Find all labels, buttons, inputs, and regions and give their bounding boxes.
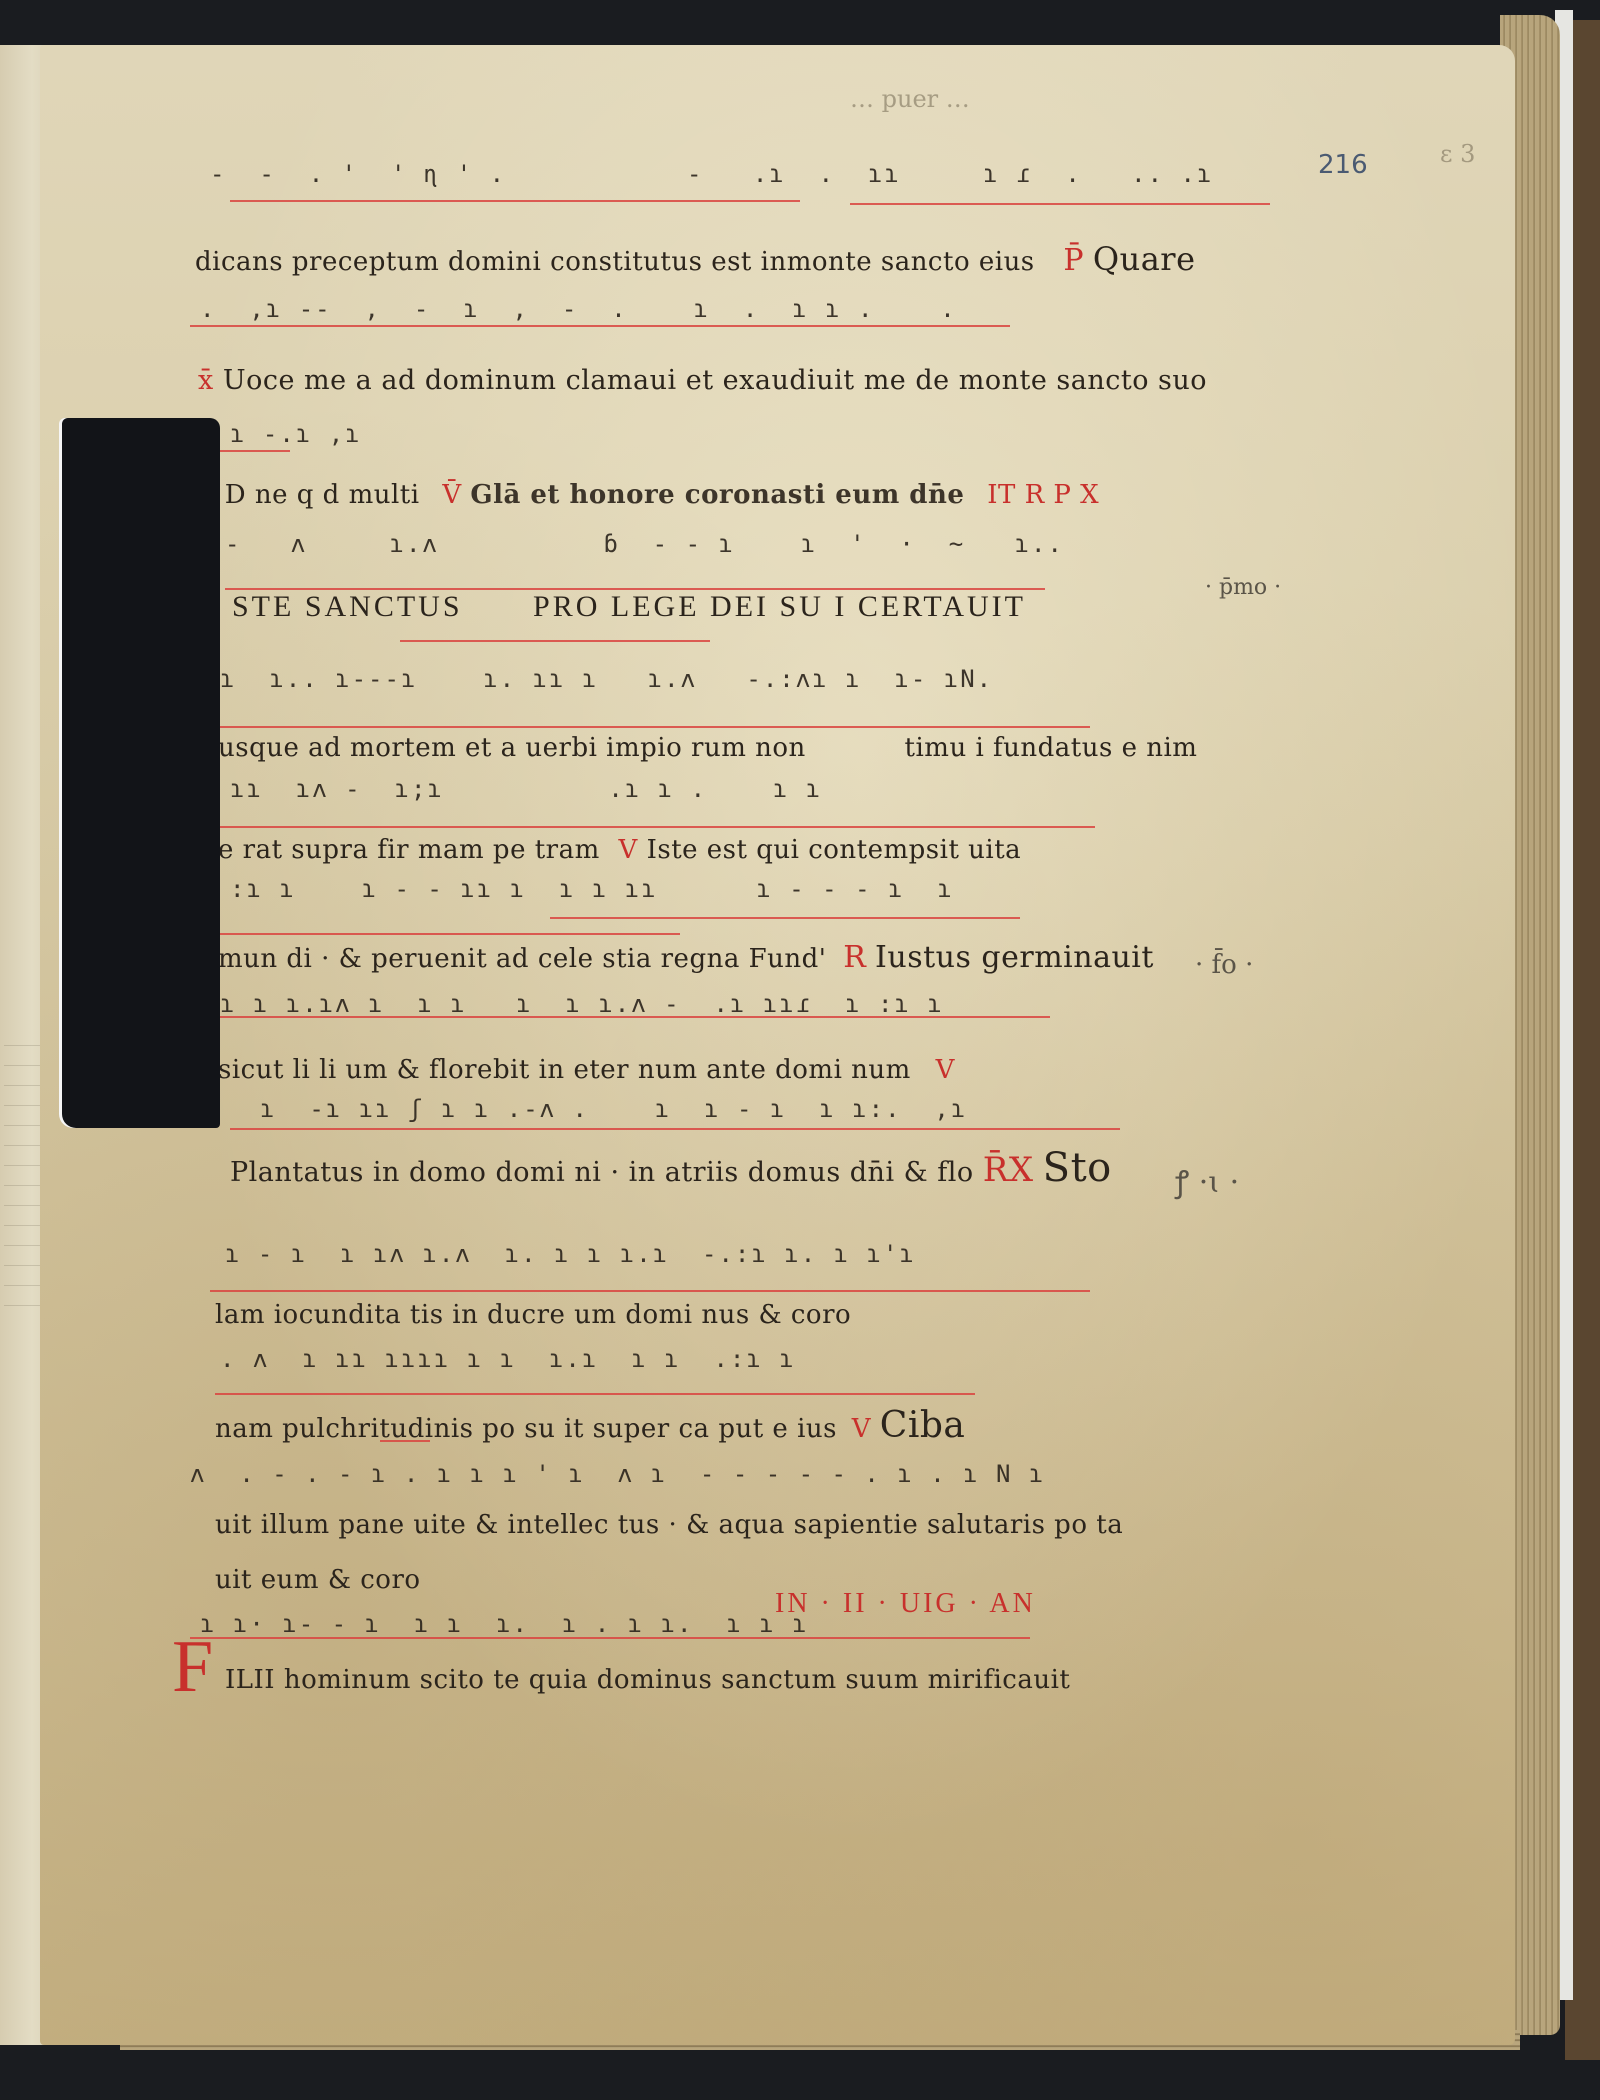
staff-line	[550, 917, 1020, 919]
chant-line-6: e rat supra fir mam pe tram V Iste est q…	[218, 835, 1021, 865]
chant-line-3: P̄ D ne q d multi V̄ Glā et honore coron…	[198, 480, 1099, 510]
chant-line-12: uit illum pane uite & intellec tus · & a…	[215, 1510, 1123, 1540]
staff-line	[215, 826, 1095, 828]
rubric-p: P̄	[1063, 243, 1084, 278]
chant-line-9: Plantatus in domo domi ni · in atriis do…	[230, 1145, 1112, 1191]
chant-line-15: ILII hominum scito te quia dominus sanct…	[225, 1665, 1070, 1695]
neume-row: . ,ɿ -- , - ɿ , - . ɿ . ɿ ɿ . .	[200, 295, 957, 323]
neume-row: - ʌ ɿ.ʌ ɓ - - ɿ ɿ ' · ~ ɿ..	[225, 530, 1064, 558]
chant-line-4: STE SANCTUS PRO LEGE DEI SU I CERTAUIT	[232, 590, 1026, 624]
chant-line-1: dicans preceptum domini constitutus est …	[195, 240, 1196, 278]
chant-line-10: lam iocundita tis in ducre um domi nus &…	[215, 1300, 851, 1330]
staff-line	[400, 640, 710, 642]
neume-row: ɿ - ɿ ɿ ɿʌ ɿ.ʌ ɿ. ɿ ɿ ɿ.ɿ -.:ɿ ɿ. ɿ ɿ'ɿ	[225, 1240, 916, 1268]
faint-top-note: … puer …	[850, 85, 970, 113]
staff-line	[190, 325, 1010, 327]
manuscript-folio	[40, 45, 1515, 2045]
neume-row: ɿ ɿ.. ɿ---ɿ ɿ. ɿɿ ɿ ɿ.ʌ -.:ʌɿ ɿ ɿ- ɿN.	[220, 665, 993, 693]
chant-line-11: nam pulchritudinis po su it super ca put…	[215, 1405, 965, 1446]
staff-line	[210, 1290, 1090, 1292]
neume-row: ɿ ɿ· ɿ- - ɿ ɿ ɿ ɿ. ɿ . ɿ ɿ. ɿ ɿ ɿ	[200, 1610, 809, 1638]
staff-line	[210, 933, 680, 935]
corner-mark: ɛ 3	[1440, 140, 1475, 168]
margin-note-sci: ꝭ ·ɩ ·	[1175, 1160, 1239, 1201]
rubric-x: x̄	[198, 365, 214, 396]
red-initial-f: F	[172, 1625, 213, 1710]
neume-row: ʌ . - . - ɿ . ɿ ɿ ɿ ' ɿ ʌ ɿ - - - - - . …	[190, 1460, 1045, 1488]
rubric-heading: IN · II · UIG · AN	[775, 1588, 1036, 1620]
redaction-block	[62, 418, 220, 1128]
staff-line	[220, 726, 1090, 728]
margin-note-fo: · f̄o ·	[1195, 950, 1253, 980]
chant-line-2: x̄ Uoce me a ad dominum clamaui et exaud…	[198, 365, 1207, 396]
neume-row: - - . ' ' ɳ ' . - .ɿ . ɿɿ ɿ ɾ . .. .ɿ	[210, 160, 1213, 188]
staff-line	[850, 203, 1270, 205]
neume-row: ɿ -ɿ ɿɿ ʃ ɿ ɿ .-ʌ . ɿ ɿ - ɿ ɿ ɿ:. ,ɿ	[260, 1095, 967, 1123]
chant-line-5: usque ad mortem et a uerbi impio rum non…	[218, 733, 1197, 763]
neume-row: ɿ ɿ ɿ.ɿʌ ɿ ɿ ɿ ɿ ɿ ɿ.ʌ - .ɿ ɿɿɾ ɿ :ɿ ɿ	[220, 990, 944, 1018]
chant-line-7: mun di · & peruenit ad cele stia regna F…	[218, 940, 1154, 975]
folio-number: 216	[1318, 150, 1368, 180]
chant-line-8: sicut li li um & florebit in eter num an…	[218, 1055, 955, 1085]
neume-row: . ʌ ɿ ɿɿ ɿɿɿɿ ɿ ɿ ɿ.ɿ ɿ ɿ .:ɿ ɿ	[220, 1345, 796, 1373]
neume-row: :ɿ ɿ ɿ - - ɿɿ ɿ ɿ ɿ ɿɿ ɿ - - - ɿ ɿ	[230, 875, 954, 903]
neume-row: ɿɿ ɿʌ - ɿ;ɿ .ɿ ɿ . ɿ ɿ	[230, 775, 822, 803]
staff-line	[230, 1128, 1120, 1130]
staff-line	[230, 200, 800, 202]
chant-line-13: uit eum & coro	[215, 1565, 421, 1595]
margin-note-pmo: · p̄mo ·	[1205, 575, 1281, 600]
neume-row: ɿ -.ɿ ,ɿ	[230, 420, 362, 448]
staff-line	[215, 1393, 975, 1395]
